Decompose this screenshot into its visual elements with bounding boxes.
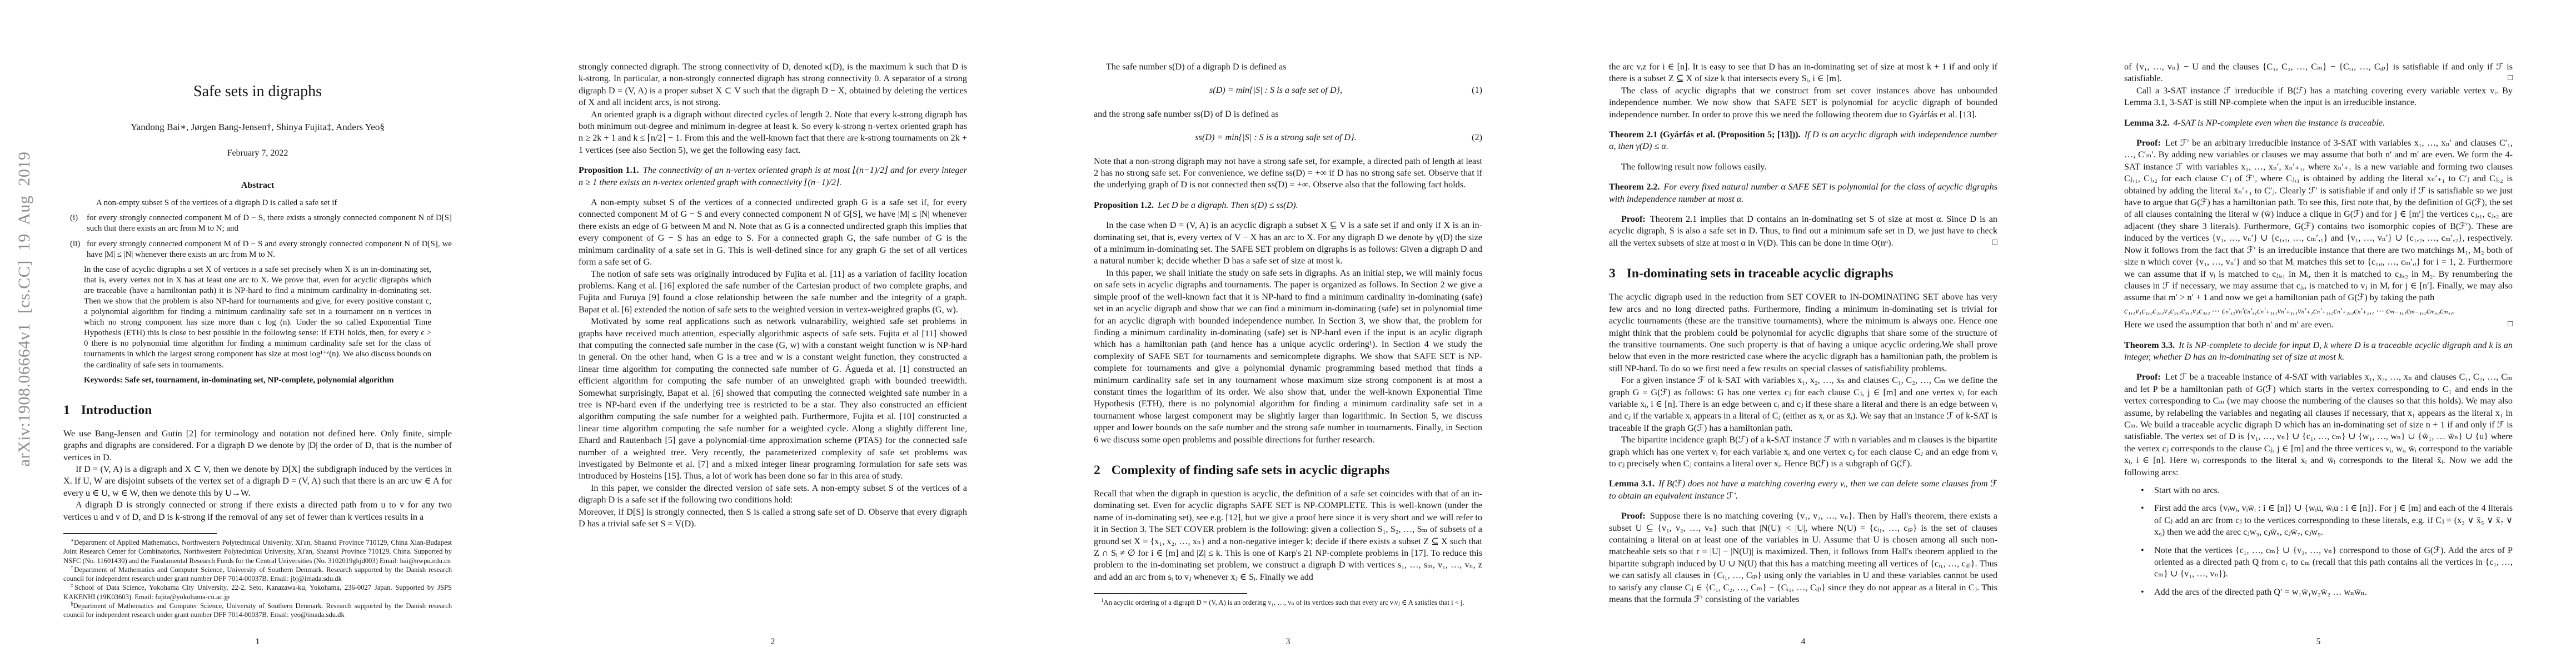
paragraph: The bipartite incidence graph B(ℱ) of a …: [1609, 434, 1997, 470]
item-text: for every strongly connected component M…: [87, 213, 452, 234]
theorem-statement: Lemma 3.2.4-SAT is NP-complete even when…: [2124, 117, 2513, 129]
paragraph-text: If D = (V, A) is a digraph and X ⊂ V, th…: [63, 464, 452, 498]
theorem-text: If B(ℱ) does not have a matching coverin…: [1609, 479, 1997, 500]
paragraph-text: The bipartite incidence graph B(ℱ) of a …: [1609, 435, 1997, 469]
paragraph: Motivated by some real applications such…: [579, 316, 967, 482]
qed-box: □: [2508, 318, 2513, 330]
section-heading: 2Complexity of finding safe sets in acyc…: [1094, 462, 1482, 478]
paragraph-text: Motivated by some real applications such…: [579, 316, 967, 481]
paragraph: the arc vᵢz for i ∈ [n]. It is easy to s…: [1609, 61, 1997, 85]
paragraph: A non-empty subset S of the vertices of …: [579, 197, 967, 268]
proof-paragraph: Proof:Theorem 2.1 implies that D contain…: [1609, 213, 1997, 249]
paragraph: The acyclic digraph used in the reductio…: [1609, 291, 1997, 375]
paragraph: An oriented graph is a digraph without d…: [579, 109, 967, 157]
theorem-text: 4-SAT is NP-complete even when the insta…: [2173, 118, 2385, 128]
footnote: †Department of Mathematics and Computer …: [63, 565, 452, 584]
theorem-statement: Theorem 2.2.For every fixed natural numb…: [1609, 181, 1997, 205]
proof-label: Proof:: [1621, 214, 1646, 224]
section-number: 1: [63, 403, 70, 417]
theorem-text: For every fixed natural number α SAFE SE…: [1609, 182, 1997, 203]
equation-tag: (2): [1458, 132, 1482, 143]
proof-text: Let ℱ be a traceable instance of 4-SAT w…: [2124, 372, 2513, 477]
theorem-statement: Theorem 3.3.It is NP-complete to decide …: [2124, 340, 2513, 364]
paragraph-text: and the strong safe number ss(D) of D is…: [1094, 109, 1279, 119]
footnote-rule: [63, 533, 217, 534]
paragraph-text: The acyclic digraph used in the reductio…: [1609, 292, 1997, 373]
paragraph: Moreover, if D[S] is strongly connected,…: [579, 506, 967, 530]
date-line: February 7, 2022: [63, 147, 452, 159]
proof-label: Proof:: [1621, 511, 1646, 521]
abstract-heading: Abstract: [63, 180, 452, 191]
page-number: 3: [1030, 637, 1546, 647]
paragraph: In the case when D = (V, A) is an acycli…: [1094, 220, 1482, 267]
page-number: 1: [0, 637, 515, 647]
paragraph-text: The class of acyclic digraphs that we co…: [1609, 86, 1997, 120]
equation-body: ss(D) = min{|S| : S is a strong safe set…: [1094, 132, 1458, 143]
bullet-list-item: •Start with no arcs.: [2124, 485, 2513, 496]
paragraph: In this paper, we shall initiate the stu…: [1094, 267, 1482, 446]
section-title: Introduction: [81, 403, 152, 417]
paragraph-text: The following result now follows easily.: [1621, 162, 1767, 172]
paragraph: We use Bang-Jensen and Gutin [2] for ter…: [63, 428, 452, 464]
paragraph: The safe number s(D) of a digraph D is d…: [1094, 61, 1482, 73]
paragraph-text: The notion of safe sets was originally i…: [579, 269, 967, 315]
bullet-icon: •: [2141, 485, 2148, 496]
paragraph: In this paper, we consider the directed …: [579, 482, 967, 506]
abstract-list-item: (ii)for every strongly connected compone…: [63, 239, 452, 260]
section-number: 2: [1094, 463, 1100, 477]
abstract-paragraph: A non-empty subset S of the vertices of …: [84, 198, 431, 208]
proof-text: Theorem 2.1 implies that D contains an i…: [1609, 214, 1997, 248]
equation-tag: (1): [1458, 84, 1482, 96]
theorem-label: Theorem 2.1 (Gyárfás et al. (Proposition…: [1609, 130, 1801, 140]
bullet-list-item: •First add the arcs {vᵢwᵢ, vᵢw̄ᵢ : i ∈ […: [2124, 502, 2513, 538]
section-title: In-dominating sets in traceable acyclic …: [1627, 266, 1894, 281]
paragraph-text: Call a 3-SAT instance ℱ irreducible if B…: [2124, 86, 2513, 107]
item-text: First add the arcs {vᵢwᵢ, vᵢw̄ᵢ : i ∈ [n…: [2154, 502, 2513, 538]
qed-box: □: [1980, 237, 1997, 248]
equation-body: s(D) = min{|S| : S is a safe set of D},: [1094, 84, 1458, 96]
footnote-text: Department of Mathematics and Computer S…: [63, 602, 452, 619]
authors-line: Yandong Bai∗, Jørgen Bang-Jensen†, Shiny…: [63, 121, 452, 133]
paragraph: of {v₁, …, vₙ} − U and the clauses {C₁, …: [2124, 61, 2513, 85]
item-text: Add the arcs of the directed path Q′ = w…: [2154, 586, 2513, 598]
footnote-marker: ‡: [71, 583, 74, 588]
footnotes-block: 1An acyclic ordering of a digraph D = (V…: [1094, 593, 1482, 607]
page-content: strongly connected digraph. The strong c…: [579, 61, 967, 530]
paragraph: Here we used the assumption that both n′…: [2124, 319, 2513, 331]
footnote-rule: [1094, 593, 1247, 594]
theorem-label: Lemma 3.2.: [2124, 118, 2169, 128]
qed-box: □: [2508, 72, 2513, 84]
item-label: (i): [70, 213, 87, 234]
paragraph: Recall that when the digraph in question…: [1094, 488, 1482, 583]
page-content: Safe sets in digraphsYandong Bai∗, Jørge…: [63, 82, 452, 620]
proof-paragraph: Proof:Suppose there is no matching cover…: [1609, 510, 1997, 605]
arxiv-watermark-text: arXiv:1908.06664v1 [cs.CC] 19 Aug 2019: [15, 152, 34, 467]
item-text: Start with no arcs.: [2154, 485, 2513, 496]
paper: arXiv:1908.06664v1 [cs.CC] 19 Aug 2019Sa…: [0, 0, 2576, 667]
paragraph: The following result now follows easily.: [1609, 161, 1997, 173]
section-title: Complexity of finding safe sets in acycl…: [1112, 463, 1390, 477]
paragraph-text: The safe number s(D) of a digraph D is d…: [1106, 62, 1287, 72]
page-3: The safe number s(D) of a digraph D is d…: [1030, 0, 1546, 667]
proof-label: Proof:: [2136, 138, 2161, 148]
paragraph: and the strong safe number ss(D) of D is…: [1094, 108, 1482, 120]
arxiv-watermark: arXiv:1908.06664v1 [cs.CC] 19 Aug 2019: [0, 0, 56, 667]
footnote-text: School of Data Science, Yokohama City Un…: [63, 584, 452, 600]
footnote-text: Department of Mathematics and Computer S…: [63, 566, 452, 583]
paragraph-text: An oriented graph is a digraph without d…: [579, 109, 967, 155]
equation-line: c₁,₁v₁c₁,₂c₂,₂v₂c₂,₁c₃,₁v₃c₃,₂ ⋯ cₙ′,₂vₙ…: [2124, 306, 2513, 317]
paragraph: The notion of safe sets was originally i…: [579, 268, 967, 316]
page-number: 5: [2061, 637, 2576, 647]
paper-title: Safe sets in digraphs: [63, 82, 452, 101]
theorem-label: Theorem 2.2.: [1609, 182, 1660, 192]
section-heading: 3In-dominating sets in traceable acyclic…: [1609, 266, 1997, 281]
theorem-statement: Proposition 1.1.The connectivity of an n…: [579, 165, 967, 188]
section-heading: 1Introduction: [63, 402, 452, 418]
footnote-text: An acyclic ordering of a digraph D = (V,…: [1104, 599, 1464, 606]
paragraph-text: strongly connected digraph. The strong c…: [579, 62, 967, 107]
page-content: of {v₁, …, vₙ} − U and the clauses {C₁, …: [2124, 61, 2513, 604]
footnote: §Department of Mathematics and Computer …: [63, 601, 452, 620]
paragraph: Note that a non-strong digraph may not h…: [1094, 156, 1482, 191]
theorem-label: Proposition 1.2.: [1094, 200, 1154, 210]
proof-text: Let ℱ′ be an arbitrary irreducible insta…: [2124, 138, 2513, 302]
page-content: the arc vᵢz for i ∈ [n]. It is easy to s…: [1609, 61, 1997, 605]
proof-label: Proof:: [2136, 372, 2161, 382]
paragraph-text: For a given instance ℱ of k-SAT with var…: [1609, 375, 1997, 433]
paragraph-text: Recall that when the digraph in question…: [1094, 489, 1482, 582]
paragraph-text: In this paper, we shall initiate the stu…: [1094, 268, 1482, 445]
page-5: of {v₁, …, vₙ} − U and the clauses {C₁, …: [2061, 0, 2576, 667]
proof-paragraph: Proof:Let ℱ be a traceable instance of 4…: [2124, 371, 2513, 479]
paragraph-text: In the case when D = (V, A) is an acycli…: [1094, 220, 1482, 266]
footnote: ‡School of Data Science, Yokohama City U…: [63, 583, 452, 601]
proof-text: Suppose there is no matching covering {v…: [1609, 511, 1997, 604]
display-equation: s(D) = min{|S| : S is a safe set of D},(…: [1094, 84, 1482, 96]
proof-paragraph: Proof:Let ℱ′ be an arbitrary irreducible…: [2124, 137, 2513, 304]
paragraph: The class of acyclic digraphs that we co…: [1609, 85, 1997, 121]
paragraph: Call a 3-SAT instance ℱ irreducible if B…: [2124, 85, 2513, 109]
paragraph-text: A digraph D is strongly connected or str…: [63, 500, 452, 521]
page-number: 4: [1546, 637, 2061, 647]
footnote-text: Department of Applied Mathematics, North…: [63, 539, 452, 565]
footnote: ∗Department of Applied Mathematics, Nort…: [63, 538, 452, 565]
paragraph-text: Moreover, if D[S] is strongly connected,…: [579, 507, 967, 529]
section-number: 3: [1609, 266, 1616, 281]
abstract-list-item: (i)for every strongly connected componen…: [63, 213, 452, 234]
theorem-label: Proposition 1.1.: [579, 165, 639, 175]
theorem-statement: Theorem 2.1 (Gyárfás et al. (Proposition…: [1609, 129, 1997, 153]
paragraph-text: of {v₁, …, vₙ} − U and the clauses {C₁, …: [2124, 62, 2513, 83]
item-text: Note that the vertices {c₁, …, cₘ} ∪ {v₁…: [2154, 545, 2513, 580]
theorem-label: Lemma 3.1.: [1609, 479, 1655, 489]
paragraph: strongly connected digraph. The strong c…: [579, 61, 967, 109]
page-content: The safe number s(D) of a digraph D is d…: [1094, 61, 1482, 608]
abstract-paragraph: In the case of acyclic digraphs a set X …: [84, 265, 431, 371]
display-equation: ss(D) = min{|S| : S is a strong safe set…: [1094, 132, 1482, 143]
paragraph-text: A non-empty subset S of the vertices of …: [579, 197, 967, 267]
page-4: the arc vᵢz for i ∈ [n]. It is easy to s…: [1546, 0, 2061, 667]
theorem-text: It is NP-complete to decide for input D,…: [2124, 340, 2513, 362]
paragraph-text: the arc vᵢz for i ∈ [n]. It is easy to s…: [1609, 62, 1997, 83]
page-number: 2: [515, 637, 1030, 647]
paragraph-text: In this paper, we consider the directed …: [579, 483, 967, 505]
theorem-label: Theorem 3.3.: [2124, 340, 2175, 350]
bullet-list-item: •Note that the vertices {c₁, …, cₘ} ∪ {v…: [2124, 545, 2513, 580]
paragraph: For a given instance ℱ of k-SAT with var…: [1609, 375, 1997, 434]
paragraph-text: Note that a non-strong digraph may not h…: [1094, 156, 1482, 190]
theorem-statement: Lemma 3.1.If B(ℱ) does not have a matchi…: [1609, 478, 1997, 502]
theorem-text: Let D be a digraph. Then s(D) ≤ ss(D).: [1158, 200, 1298, 210]
paragraph: If D = (V, A) is a digraph and X ⊂ V, th…: [63, 464, 452, 499]
theorem-statement: Proposition 1.2.Let D be a digraph. Then…: [1094, 200, 1482, 211]
bullet-icon: •: [2141, 586, 2148, 598]
footnotes-block: ∗Department of Applied Mathematics, Nort…: [63, 533, 452, 620]
bullet-list-item: •Add the arcs of the directed path Q′ = …: [2124, 586, 2513, 598]
bullet-icon: •: [2141, 545, 2148, 580]
keywords-line: Keywords: Safe set, tournament, in-domin…: [84, 375, 431, 386]
paragraph-text: Here we used the assumption that both n′…: [2124, 320, 2334, 330]
item-text: for every strongly connected component M…: [87, 239, 452, 260]
page-1: arXiv:1908.06664v1 [cs.CC] 19 Aug 2019Sa…: [0, 0, 515, 667]
footnote: 1An acyclic ordering of a digraph D = (V…: [1094, 598, 1482, 607]
paragraph: A digraph D is strongly connected or str…: [63, 499, 452, 523]
bullet-icon: •: [2141, 502, 2148, 538]
paragraph-text: We use Bang-Jensen and Gutin [2] for ter…: [63, 429, 452, 462]
page-2: strongly connected digraph. The strong c…: [515, 0, 1030, 667]
item-label: (ii): [70, 239, 87, 260]
